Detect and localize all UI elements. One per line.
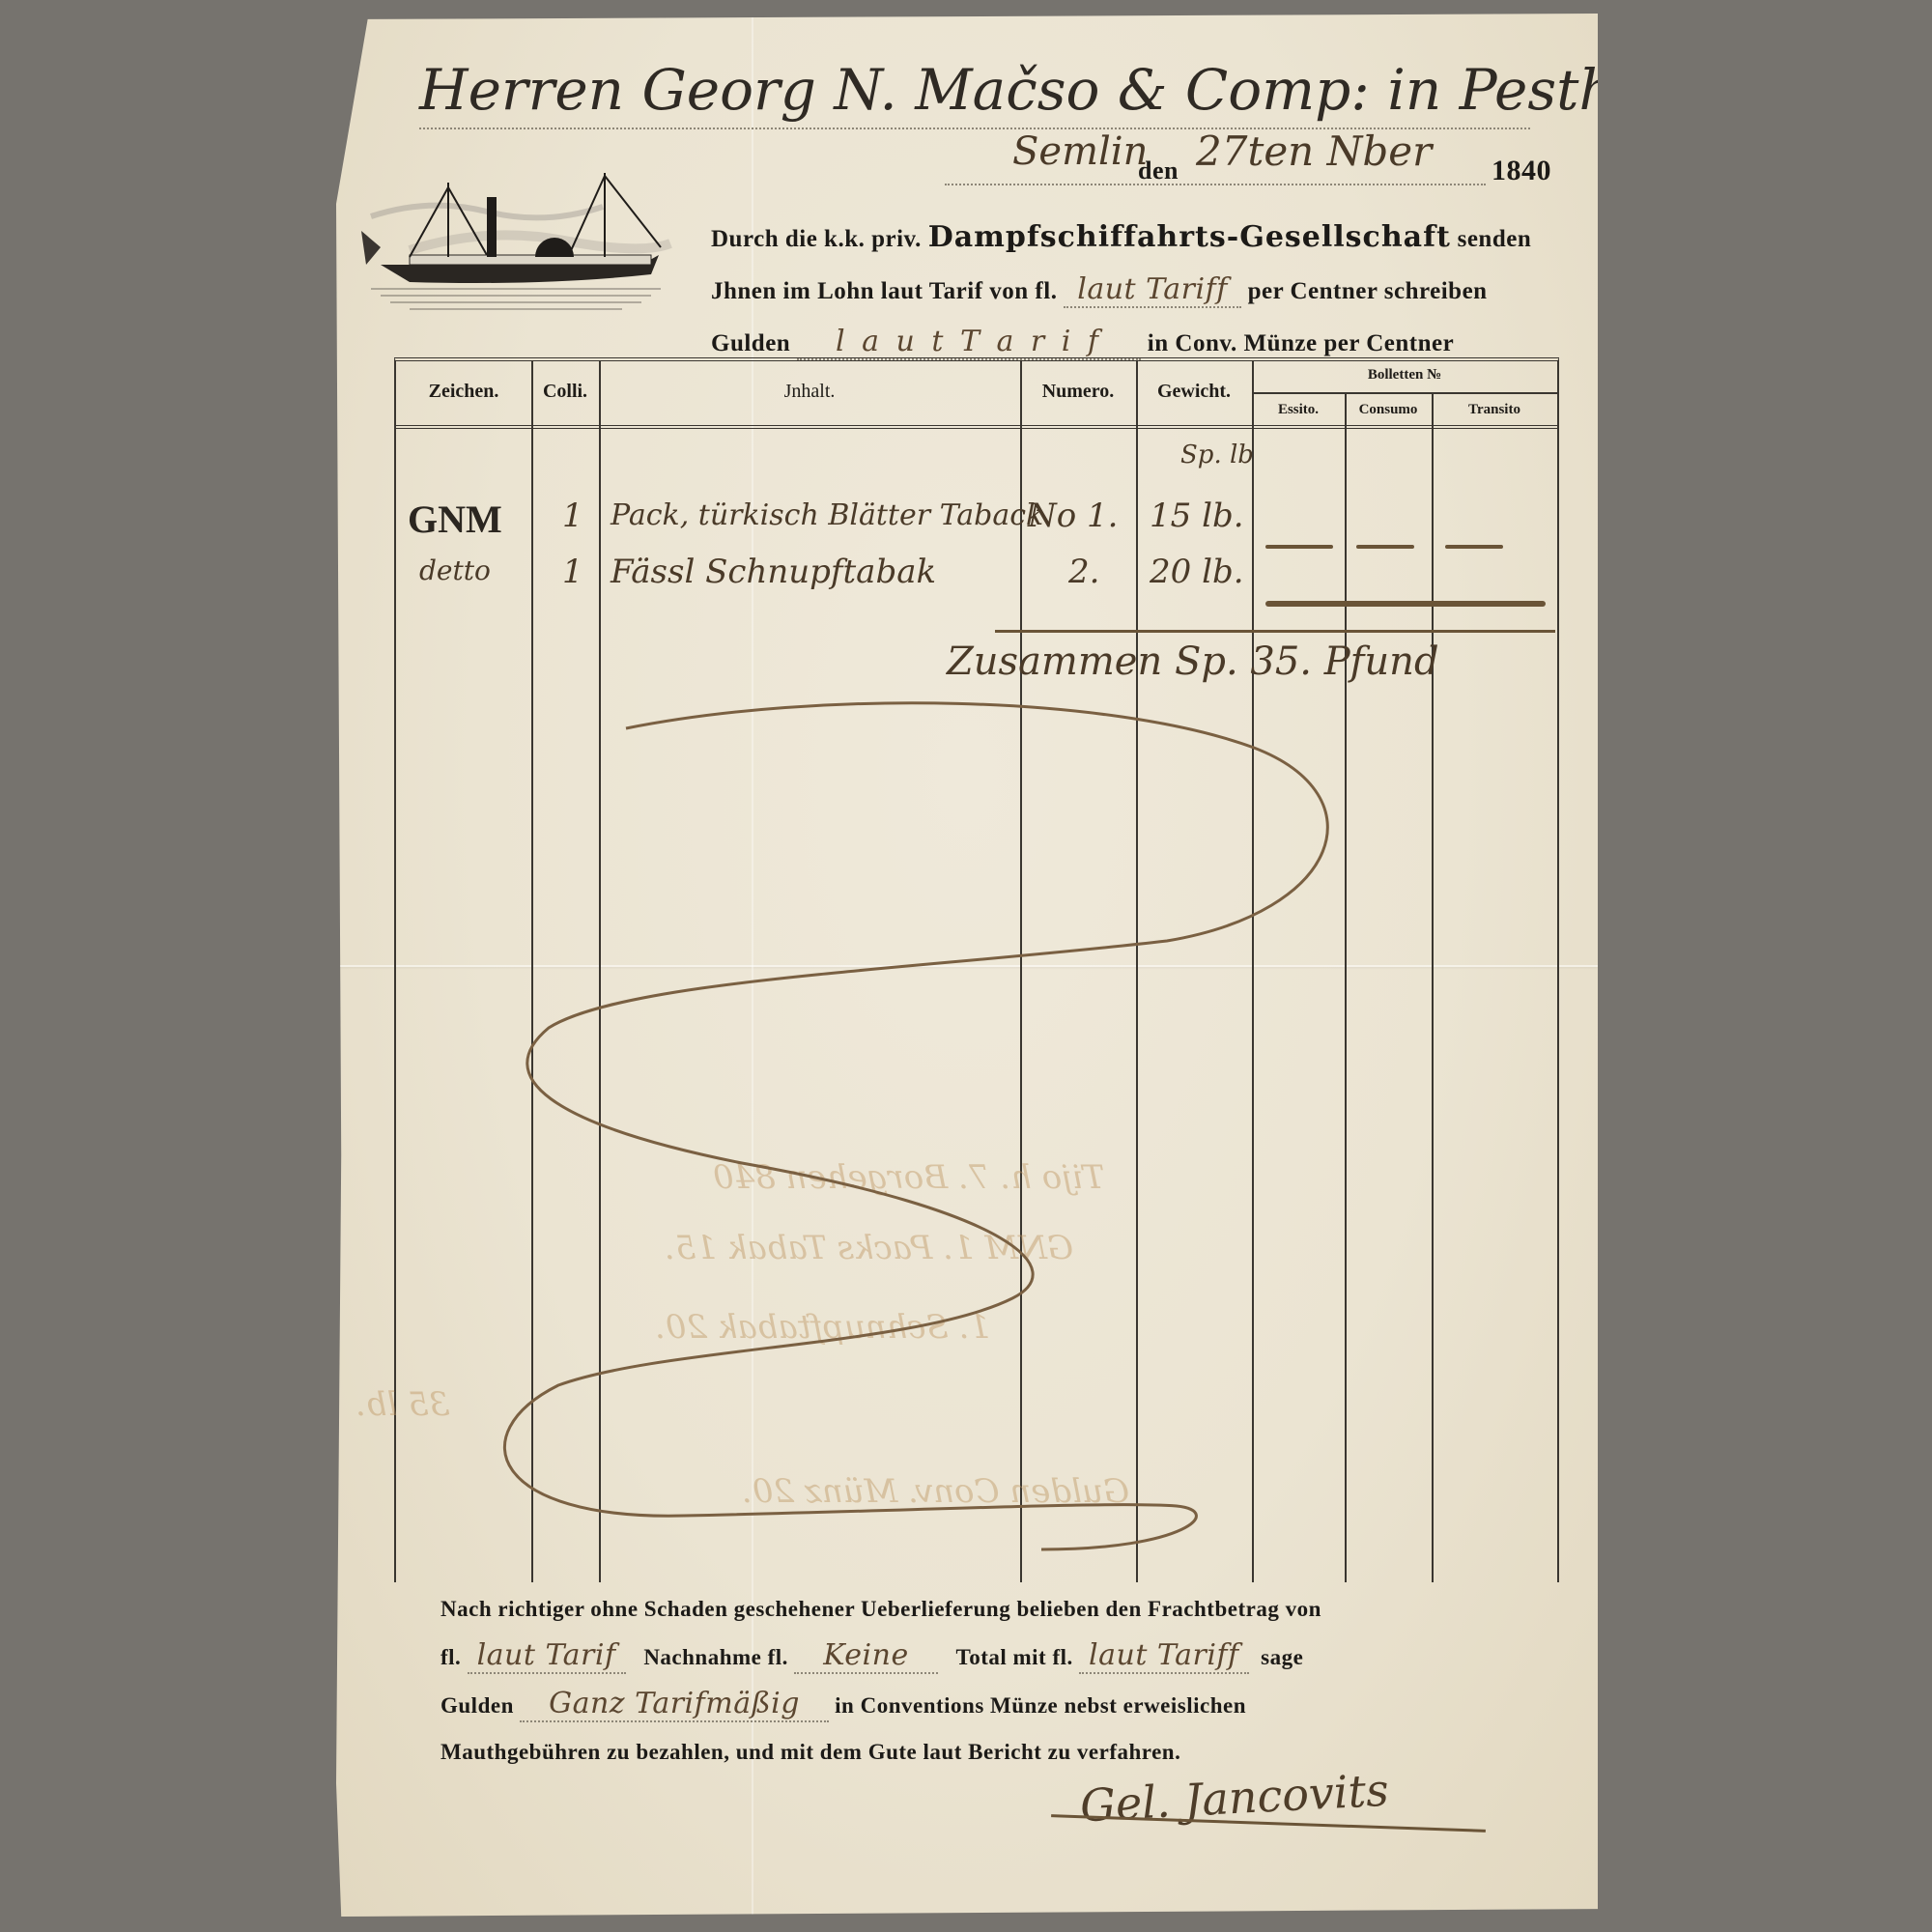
row1-essito-dash bbox=[1265, 545, 1333, 549]
place: Semlin bbox=[1012, 129, 1148, 174]
intro-line2-pre: Jhnen im Lohn laut Tarif von fl. bbox=[711, 278, 1057, 304]
row1-zeichen: GNM bbox=[408, 497, 502, 542]
col-header-essito: Essito. bbox=[1252, 402, 1345, 418]
col-header-transito: Transito bbox=[1432, 402, 1557, 418]
total-rule bbox=[995, 630, 1555, 633]
column-divider bbox=[599, 361, 601, 1582]
intro-line1-post: senden bbox=[1458, 226, 1532, 252]
bleed-through-line: Tijo h. 7. Borgehen 840 bbox=[713, 1158, 1104, 1197]
intro-line3-post: in Conv. Münze per Centner bbox=[1148, 330, 1454, 356]
gulden-rate-field: l a u t T a r i f bbox=[797, 325, 1141, 360]
unit-note: Sp. lb bbox=[1180, 440, 1254, 469]
header-separator bbox=[396, 425, 1557, 429]
col-header-inhalt: Jnhalt. bbox=[599, 381, 1020, 403]
year: 1840 bbox=[1492, 155, 1551, 187]
total-field: laut Tariff bbox=[1079, 1638, 1249, 1674]
row1-transito-dash bbox=[1445, 545, 1503, 549]
gulden-label: Gulden bbox=[440, 1693, 514, 1718]
column-divider bbox=[1432, 394, 1434, 1582]
gulden-post: in Conventions Münze nebst erweislichen bbox=[835, 1693, 1246, 1718]
fl-label: fl. bbox=[440, 1645, 461, 1669]
intro-line3-pre: Gulden bbox=[711, 330, 790, 356]
column-divider bbox=[531, 361, 533, 1582]
row1-consumo-dash bbox=[1356, 545, 1414, 549]
steamship-engraving-icon bbox=[352, 158, 680, 313]
intro-line1-pre: Durch die k.k. priv. bbox=[711, 226, 922, 252]
row1-colli: 1 bbox=[562, 497, 583, 535]
col-header-gewicht: Gewicht. bbox=[1136, 381, 1252, 403]
col-header-bolletten: Bolletten № bbox=[1252, 367, 1557, 384]
column-divider bbox=[1252, 361, 1254, 1582]
intro-text: Durch die k.k. priv. Dampfschiffahrts-Ge… bbox=[711, 213, 1580, 369]
footer-line1: Nach richtiger ohne Schaden geschehener … bbox=[440, 1586, 1522, 1633]
row2-gewicht: 20 lb. bbox=[1150, 553, 1244, 591]
freight-amount-field: laut Tarif bbox=[468, 1638, 626, 1674]
tariff-rate-field: laut Tariff bbox=[1064, 272, 1241, 308]
column-divider bbox=[1136, 361, 1138, 1582]
bleed-through-line: 1. Schnupftabak 20. bbox=[655, 1308, 990, 1347]
row2-inhalt: Fässl Schnupftabak bbox=[611, 553, 936, 591]
bleed-through-line: GNM 1. Packs Tabak 15. bbox=[665, 1229, 1073, 1267]
row2-zeichen: detto bbox=[419, 554, 491, 586]
date-line bbox=[945, 184, 1486, 185]
intro-line2-post: per Centner schreiben bbox=[1248, 278, 1488, 304]
col-header-colli: Colli. bbox=[531, 381, 599, 403]
gulden-field: Ganz Tarifmäßig bbox=[520, 1687, 829, 1722]
row1-inhalt: Pack, türkisch Blätter Taback bbox=[611, 498, 1043, 532]
row2-bolletten-dash bbox=[1265, 601, 1546, 607]
row1-gewicht: 15 lb. bbox=[1150, 497, 1244, 535]
bleed-through-line: Gulden Conv. Münz 20. bbox=[742, 1472, 1129, 1511]
bleed-through-line: 35 lb. bbox=[355, 1385, 450, 1424]
column-divider bbox=[1020, 361, 1022, 1582]
nachnahme-label: Nachnahme fl. bbox=[643, 1645, 788, 1669]
company-name: Dampfschiffahrts-Gesellschaft bbox=[928, 220, 1451, 254]
row2-numero: 2. bbox=[1068, 553, 1099, 591]
col-header-zeichen: Zeichen. bbox=[396, 381, 531, 403]
row1-numero: No 1. bbox=[1028, 497, 1118, 535]
delivery-instructions: Nach richtiger ohne Schaden geschehener … bbox=[440, 1586, 1522, 1776]
document-paper: Herren Georg N. Mačso & Comp: in Pesth S… bbox=[336, 14, 1598, 1917]
date: 27ten Nber bbox=[1196, 128, 1432, 175]
addressee: Herren Georg N. Mačso & Comp: in Pesth bbox=[419, 57, 1615, 123]
col-header-consumo: Consumo bbox=[1345, 402, 1432, 418]
col-header-numero: Numero. bbox=[1020, 381, 1136, 403]
total-weight: Zusammen Sp. 35. Pfund bbox=[947, 639, 1439, 684]
date-label: den bbox=[1138, 156, 1179, 185]
column-divider bbox=[1345, 394, 1347, 1582]
row2-colli: 1 bbox=[562, 553, 583, 591]
bolletten-split bbox=[1252, 392, 1557, 394]
cargo-table: Zeichen. Colli. Jnhalt. Numero. Gewicht.… bbox=[394, 357, 1559, 1582]
nachnahme-field: Keine bbox=[794, 1638, 938, 1674]
sage-label: sage bbox=[1261, 1645, 1303, 1669]
total-label: Total mit fl. bbox=[955, 1645, 1072, 1669]
